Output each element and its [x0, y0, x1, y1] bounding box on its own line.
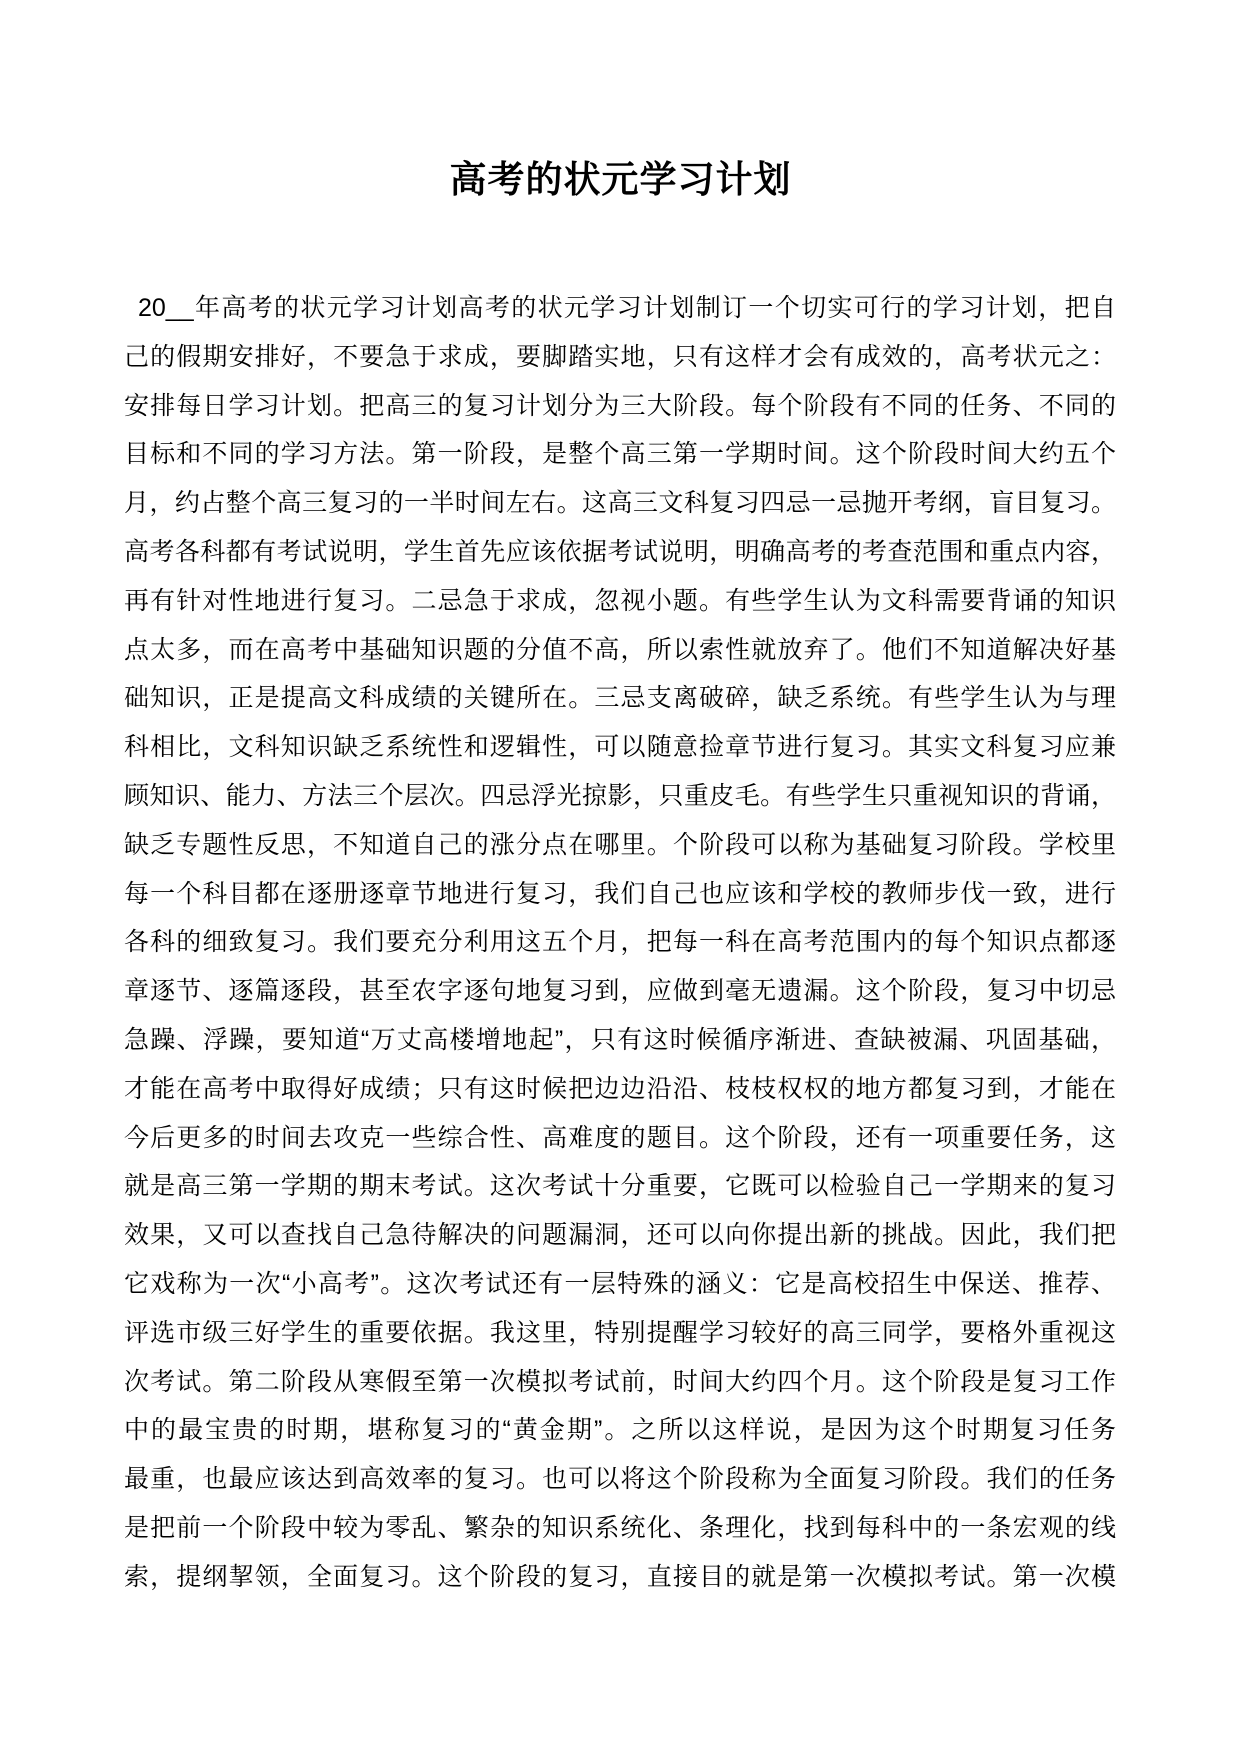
paragraph-line: 评选市级三好学生的重要依据。我这里，特别提醒学习较好的高三同学，要格外重视这 [124, 1309, 1116, 1358]
paragraph-line: 最重，也最应该达到高效率的复习。也可以将这个阶段称为全面复习阶段。我们的任务 [124, 1455, 1116, 1504]
paragraph-line: 础知识，正是提高文科成绩的关键所在。三忌支离破碎，缺乏系统。有些学生认为与理 [124, 674, 1116, 723]
paragraph-line: 次考试。第二阶段从寒假至第一次模拟考试前，时间大约四个月。这个阶段是复习工作 [124, 1358, 1116, 1407]
paragraph-line: 章逐节、逐篇逐段，甚至农字逐句地复习到，应做到毫无遗漏。这个阶段，复习中切忌 [124, 967, 1116, 1016]
paragraph-line: 是把前一个阶段中较为零乱、繁杂的知识系统化、条理化，找到每科中的一条宏观的线 [124, 1504, 1116, 1553]
paragraph-line: 就是高三第一学期的期末考试。这次考试十分重要，它既可以检验自己一学期来的复习 [124, 1162, 1116, 1211]
paragraph-line: 安排每日学习计划。把高三的复习计划分为三大阶段。每个阶段有不同的任务、不同的 [124, 382, 1116, 431]
paragraph-line: 月，约占整个高三复习的一半时间左右。这高三文科复习四忌一忌抛开考纲，盲目复习。 [124, 479, 1116, 528]
paragraph-line: 急躁、浮躁，要知道“万丈高楼增地起”，只有这时候循序渐进、查缺被漏、巩固基础， [124, 1016, 1116, 1065]
body-paragraph: 20__年高考的状元学习计划高考的状元学习计划制订一个切实可行的学习计划，把自己… [124, 284, 1116, 1602]
paragraph-line: 高考各科都有考试说明，学生首先应该依据考试说明，明确高考的考查范围和重点内容， [124, 528, 1116, 577]
document-title: 高考的状元学习计划 [0, 0, 1241, 204]
paragraph-line: 今后更多的时间去攻克一些综合性、高难度的题目。这个阶段，还有一项重要任务，这 [124, 1114, 1116, 1163]
document-page: 高考的状元学习计划 20__年高考的状元学习计划高考的状元学习计划制订一个切实可… [0, 0, 1241, 1754]
paragraph-line: 它戏称为一次“小高考”。这次考试还有一层特殊的涵义：它是高校招生中保送、推荐、 [124, 1260, 1116, 1309]
paragraph-line: 各科的细致复习。我们要充分利用这五个月，把每一科在高考范围内的每个知识点都逐 [124, 918, 1116, 967]
paragraph-line: 顾知识、能力、方法三个层次。四忌浮光掠影，只重皮毛。有些学生只重视知识的背诵， [124, 772, 1116, 821]
paragraph-line: 效果，又可以查找自己急待解决的问题漏洞，还可以向你提出新的挑战。因此，我们把 [124, 1211, 1116, 1260]
paragraph-line: 20__年高考的状元学习计划高考的状元学习计划制订一个切实可行的学习计划，把自 [124, 284, 1116, 333]
paragraph-line: 才能在高考中取得好成绩；只有这时候把边边沿沿、枝枝权权的地方都复习到，才能在 [124, 1065, 1116, 1114]
paragraph-line: 索，提纲挈领，全面复习。这个阶段的复习，直接目的就是第一次模拟考试。第一次模 [124, 1553, 1116, 1602]
paragraph-line: 己的假期安排好，不要急于求成，要脚踏实地，只有这样才会有成效的，高考状元之： [124, 333, 1116, 382]
paragraph-line: 再有针对性地进行复习。二忌急于求成，忽视小题。有些学生认为文科需要背诵的知识 [124, 577, 1116, 626]
paragraph-line: 每一个科目都在逐册逐章节地进行复习，我们自己也应该和学校的教师步伐一致，进行 [124, 870, 1116, 919]
paragraph-line: 中的最宝贵的时期，堪称复习的“黄金期”。之所以这样说，是因为这个时期复习任务 [124, 1406, 1116, 1455]
paragraph-line: 缺乏专题性反思，不知道自己的涨分点在哪里。个阶段可以称为基础复习阶段。学校里 [124, 821, 1116, 870]
paragraph-line: 目标和不同的学习方法。第一阶段，是整个高三第一学期时间。这个阶段时间大约五个 [124, 430, 1116, 479]
paragraph-line: 点太多，而在高考中基础知识题的分值不高，所以索性就放弃了。他们不知道解决好基 [124, 626, 1116, 675]
paragraph-line: 科相比，文科知识缺乏系统性和逻辑性，可以随意捡章节进行复习。其实文科复习应兼 [124, 723, 1116, 772]
